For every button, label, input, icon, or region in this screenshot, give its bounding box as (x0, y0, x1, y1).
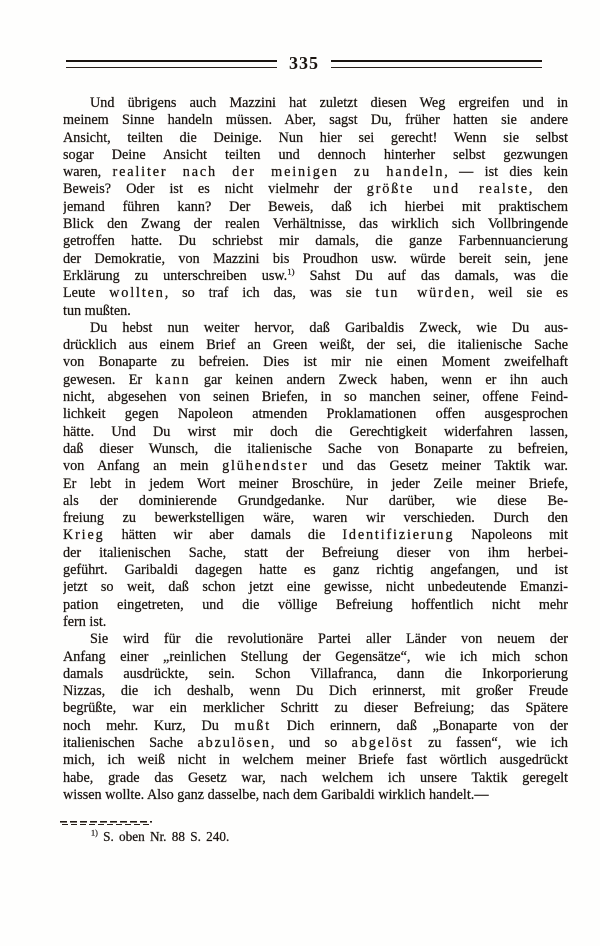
header-rule-right (331, 60, 542, 68)
text-line: mich, ich weiß nicht in welchem meiner B… (63, 752, 568, 769)
text-segment: Blick den Zwang der realen Verhältnisse,… (63, 216, 568, 232)
text-segment: habe, grade das Gesetz war, nach welchem… (63, 770, 568, 786)
text-segment: Nizzas, die ich deshalb, wenn Du Dich er… (63, 683, 568, 699)
text-line: begrüßte, war ein merklicher Schritt zu … (63, 700, 568, 717)
text-segment: lichkeit gegen Napoleon atmenden Proklam… (63, 406, 568, 422)
text-line: Erklärung zu unterschreiben usw.1) Sahst… (63, 268, 568, 285)
footnote-reference: 1) (287, 268, 294, 276)
text-line: Und übrigens auch Mazzini hat zuletzt di… (63, 95, 568, 112)
text-segment: wollten (109, 285, 164, 301)
text-line: gewesen. Er kann gar keinen andern Zweck… (63, 372, 568, 389)
text-segment: Dich erinnern, daß „Bonaparte von der (271, 718, 568, 734)
text-line: jemand führen kann? Der Beweis, daß ich … (63, 199, 568, 216)
footnote-separator (60, 821, 152, 825)
text-segment: Identifizierung (342, 527, 454, 543)
text-segment: von Bonaparte zu befreien. Dies ist mir … (63, 354, 568, 370)
text-segment: begrüßte, war ein merklicher Schritt zu … (63, 700, 568, 716)
text-line: drücklich aus einem Brief an Green weißt… (63, 337, 568, 354)
text-segment: getroffen hatte. Du schriebst mir damals… (63, 233, 568, 249)
text-line: tun mußten. (63, 303, 568, 320)
text-line: der italienischen Sache, statt der Befre… (63, 545, 568, 562)
text-segment: Und übrigens auch Mazzini hat zuletzt di… (90, 95, 568, 111)
text-segment: jemand führen kann? Der Beweis, daß ich … (63, 199, 568, 215)
text-line: der Demokratie, von Mazzini bis Proudhon… (63, 251, 568, 268)
text-segment: Er lebt in jedem Wort meiner Broschüre, … (63, 476, 568, 492)
text-segment: als der dominierende Grundgedanke. Nur d… (63, 493, 568, 509)
text-segment: damals ausdrückte, sein. Schon Villafran… (63, 666, 568, 682)
text-line: von Anfang an mein glühendster und das G… (63, 458, 568, 475)
text-segment: Anfang einer „reinlichen Stellung der Ge… (63, 649, 568, 665)
text-segment: abgelöst (352, 735, 414, 751)
text-segment: daß dieser Wunsch, die italienische Sach… (63, 441, 568, 457)
text-segment: wissen wollte. Also ganz dasselbe, nach … (63, 787, 489, 803)
text-segment: der italienischen Sache, statt der Befre… (63, 545, 568, 561)
text-line: daß dieser Wunsch, die italienische Sach… (63, 441, 568, 458)
text-segment: der Demokratie, von Mazzini bis Proudhon… (63, 251, 568, 267)
text-line: pation eingetreten, und die völlige Befr… (63, 597, 568, 614)
text-segment: Du hebst nun weiter hervor, daß Garibald… (90, 320, 568, 336)
text-segment: zu fassen“, wie ich (414, 735, 568, 751)
text-line: Beweis? Oder ist es nicht vielmehr der g… (63, 181, 568, 198)
book-page: 335 Und übrigens auch Mazzini hat zuletz… (0, 0, 600, 946)
text-segment: abzulösen (197, 735, 270, 751)
text-segment: noch mehr. Kurz, Du (63, 718, 234, 734)
text-segment: tun mußten. (63, 303, 131, 319)
text-line: waren, realiter nach der meinigen zu han… (63, 164, 568, 181)
text-segment: pation eingetreten, und die völlige Befr… (63, 597, 568, 613)
text-line: Du hebst nun weiter hervor, daß Garibald… (63, 320, 568, 337)
text-segment: und das Gesetz meiner Taktik war. (309, 458, 568, 474)
text-segment: geführt. Garibaldi dagegen hatte es ganz… (63, 562, 568, 578)
text-segment: Sie wird für die revolutionäre Partei al… (90, 631, 568, 647)
text-line: Krieg hätten wir aber damals die Identif… (63, 527, 568, 544)
text-block: Und übrigens auch Mazzini hat zuletzt di… (63, 95, 568, 804)
text-segment: Erklärung zu unterschreiben usw. (63, 268, 287, 284)
text-line: lichkeit gegen Napoleon atmenden Proklam… (63, 406, 568, 423)
text-segment: glühendster (222, 458, 309, 474)
text-line: Anfang einer „reinlichen Stellung der Ge… (63, 649, 568, 666)
text-line: nicht, abgesehen von seinen Briefen, in … (63, 389, 568, 406)
text-line: noch mehr. Kurz, Du mußt Dich erinnern, … (63, 718, 568, 735)
text-line: wissen wollte. Also ganz dasselbe, nach … (63, 787, 568, 804)
text-line: von Bonaparte zu befreien. Dies ist mir … (63, 354, 568, 371)
text-segment: sogar Deine Ansicht teilten und dennoch … (63, 147, 568, 163)
text-segment: hätte. Und Du wirst mir doch die Gerecht… (63, 424, 568, 440)
text-segment: italienischen Sache (63, 735, 197, 751)
text-line: damals ausdrückte, sein. Schon Villafran… (63, 666, 568, 683)
text-segment: Leute (63, 285, 109, 301)
text-segment: Napoleons mit (454, 527, 568, 543)
text-segment: tun würden (376, 285, 471, 301)
text-segment: , weil sie es (471, 285, 568, 301)
text-segment: nicht, abgesehen von seinen Briefen, in … (63, 389, 568, 405)
text-segment: , — ist dies kein (444, 164, 568, 180)
running-head: 335 (66, 52, 542, 74)
text-line: fern ist. (63, 614, 568, 631)
text-line: Nizzas, die ich deshalb, wenn Du Dich er… (63, 683, 568, 700)
text-line: Ansicht, teilten die Deinige. Nun hier s… (63, 130, 568, 147)
text-segment: mußt (234, 718, 271, 734)
text-segment: drücklich aus einem Brief an Green weißt… (63, 337, 568, 353)
text-segment: , und so (271, 735, 352, 751)
text-segment: , den (529, 181, 568, 197)
text-segment: meinem Sinne handeln müssen. Aber, sagst… (63, 112, 568, 128)
text-line: italienischen Sache abzulösen, und so ab… (63, 735, 568, 752)
text-line: geführt. Garibaldi dagegen hatte es ganz… (63, 562, 568, 579)
text-line: sogar Deine Ansicht teilten und dennoch … (63, 147, 568, 164)
text-line: meinem Sinne handeln müssen. Aber, sagst… (63, 112, 568, 129)
text-segment: größte und realste (367, 181, 529, 197)
text-line: hätte. Und Du wirst mir doch die Gerecht… (63, 424, 568, 441)
text-segment: , so traf ich das, was sie (165, 285, 376, 301)
text-line: getroffen hatte. Du schriebst mir damals… (63, 233, 568, 250)
text-segment: jetzt so weit, daß schon jetzt eine gewi… (63, 579, 568, 595)
text-line: Sie wird für die revolutionäre Partei al… (63, 631, 568, 648)
text-segment: freiung zu bewerkstelligen wäre, waren w… (63, 510, 568, 526)
text-line: als der dominierende Grundgedanke. Nur d… (63, 493, 568, 510)
text-line: Er lebt in jedem Wort meiner Broschüre, … (63, 476, 568, 493)
header-rule-left (66, 60, 277, 68)
text-segment: gar keinen andern Zweck haben, wenn er i… (190, 372, 568, 388)
text-segment: Ansicht, teilten die Deinige. Nun hier s… (63, 130, 568, 146)
footnote-text: S. oben Nr. 88 S. 240. (98, 829, 229, 844)
footnote-marker: 1) (91, 829, 98, 838)
text-segment: gewesen. Er (63, 372, 156, 388)
text-segment: von Anfang an mein (63, 458, 222, 474)
text-line: jetzt so weit, daß schon jetzt eine gewi… (63, 579, 568, 596)
text-segment: hätten wir aber damals die (105, 527, 343, 543)
text-segment: kann (156, 372, 191, 388)
text-segment: mich, ich weiß nicht in welchem meiner B… (63, 752, 568, 768)
text-segment: Krieg (63, 527, 105, 543)
page-number: 335 (277, 53, 331, 73)
text-line: Leute wollten, so traf ich das, was sie … (63, 285, 568, 302)
text-segment: Beweis? Oder ist es nicht vielmehr der (63, 181, 367, 197)
text-line: Blick den Zwang der realen Verhältnisse,… (63, 216, 568, 233)
text-line: freiung zu bewerkstelligen wäre, waren w… (63, 510, 568, 527)
text-segment: fern ist. (63, 614, 106, 630)
footnote: 1) S. oben Nr. 88 S. 240. (63, 828, 568, 845)
text-line: habe, grade das Gesetz war, nach welchem… (63, 770, 568, 787)
text-segment: realiter nach der meinigen zu handeln (113, 164, 445, 180)
text-segment: waren, (63, 164, 113, 180)
text-segment: Sahst Du auf das damals, was die (295, 268, 568, 284)
